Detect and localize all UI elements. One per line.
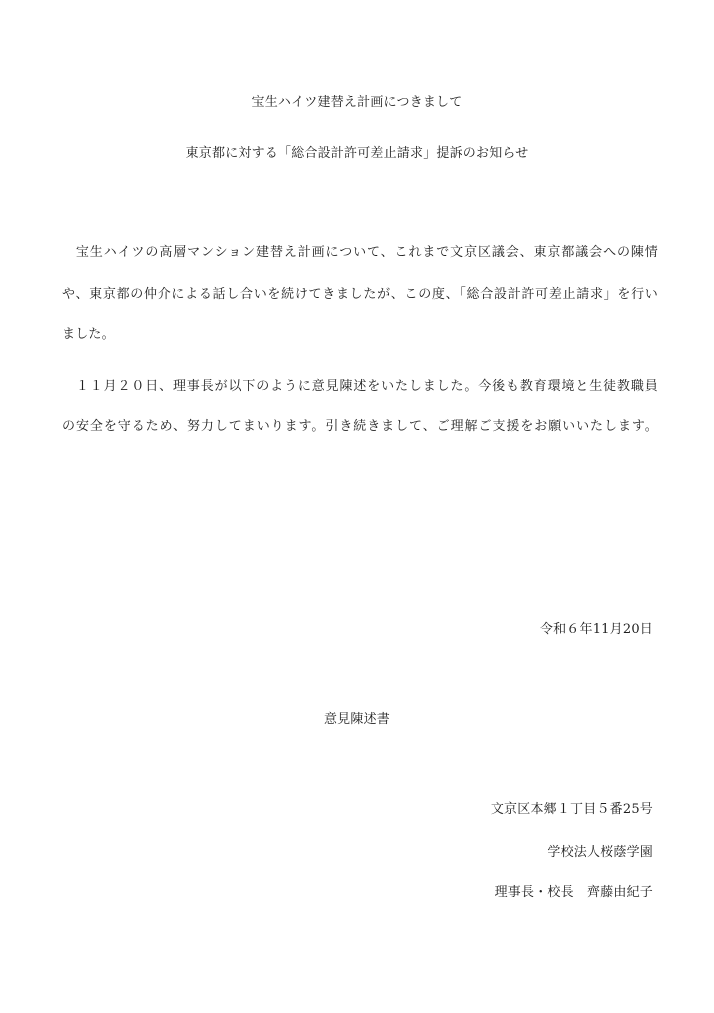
signature-address: 文京区本郷１丁目５番25号	[491, 801, 653, 819]
paragraph-line: の安全を守るため、努力してまいります。引き続きまして、ご理解ご支援をお願いいたし…	[62, 418, 658, 436]
document-title: 宝生ハイツ建替え計画につきまして	[0, 94, 714, 112]
document-subtitle: 東京都に対する「総合設計許可差止請求」提訴のお知らせ	[0, 145, 714, 163]
section-heading: 意見陳述書	[0, 711, 714, 729]
paragraph-line: １１月２０日、理事長が以下のように意見陳述をいたしました。今後も教育環境と生徒教…	[62, 378, 658, 396]
paragraph-line: ました。	[62, 326, 658, 344]
paragraph-line: 宝生ハイツの高層マンション建替え計画について、これまで文京区議会、東京都議会への…	[62, 244, 658, 262]
document-date: 令和６年11月20日	[540, 621, 653, 639]
signature-signer: 理事長・校長 齊藤由紀子	[495, 884, 653, 902]
paragraph-line: や、東京都の仲介による話し合いを続けてきましたが、この度、「総合設計許可差止請求…	[62, 286, 658, 304]
signature-organization: 学校法人桜蔭学園	[547, 844, 653, 862]
